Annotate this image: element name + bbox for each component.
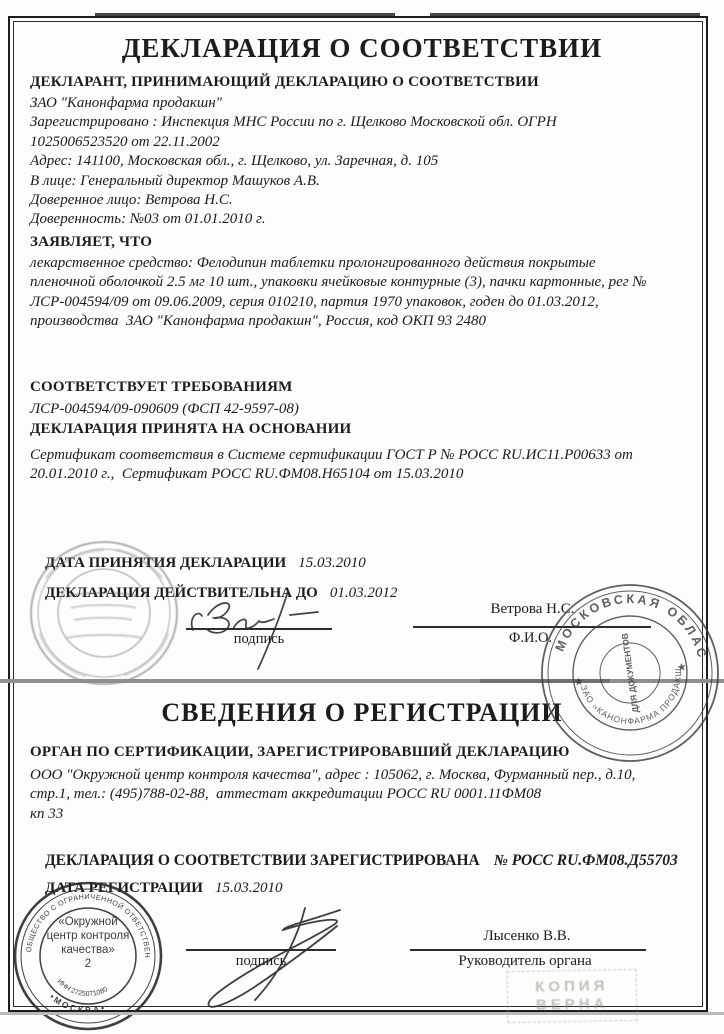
document-title: ДЕКЛАРАЦИЯ О СООТВЕТСТВИИ: [0, 33, 724, 64]
signer-line-2: [410, 949, 646, 951]
reg-date-row: ДАТА РЕГИСТРАЦИИ15.03.2010: [30, 863, 282, 914]
declarant-heading: ДЕКЛАРАНТ, ПРИНИМАЮЩИЙ ДЕКЛАРАЦИЮ О СООТ…: [30, 74, 539, 91]
section-divider-smudge: [480, 679, 610, 683]
signer-name-1: Ветрова Н.С.: [415, 601, 650, 618]
reg-date-label: ДАТА РЕГИСТРАЦИИ: [45, 880, 203, 896]
organ-text: ООО "Окружной центр контроля качества", …: [30, 766, 635, 824]
registered-number: № РОСС RU.ФМ08.Д55703: [494, 852, 678, 869]
org-stamp-center-text: «Окружной центр контроля качества» 2: [30, 915, 146, 971]
registration-title: СВЕДЕНИЯ О РЕГИСТРАЦИИ: [0, 698, 724, 728]
scan-artifact-bottom: [0, 1012, 724, 1015]
signature-caption-2: подпись: [186, 953, 336, 970]
conforms-heading: СООТВЕТСТВУЕТ ТРЕБОВАНИЯМ: [30, 379, 292, 396]
basis-text: Сертификат соответствия в Системе сертиф…: [30, 446, 633, 485]
scan-artifact-top-left: [95, 13, 395, 16]
declares-heading: ЗАЯВЛЯЕТ, ЧТО: [30, 234, 152, 251]
reg-date-value: 15.03.2010: [215, 880, 283, 896]
signer-name-2: Лысенко В.В.: [412, 928, 642, 945]
declares-text: лекарственное средство: Фелодипин таблет…: [30, 254, 647, 332]
signature-line-1: [186, 628, 332, 630]
scan-artifact-top-right: [430, 13, 700, 16]
valid-until-label: ДЕКЛАРАЦИЯ ДЕЙСТВИТЕЛЬНА ДО: [45, 585, 318, 601]
signer-line-1: [413, 626, 651, 628]
conforms-text: ЛСР-004594/09-090609 (ФСП 42-9597-08): [30, 400, 299, 419]
basis-heading: ДЕКЛАРАЦИЯ ПРИНЯТА НА ОСНОВАНИИ: [30, 421, 351, 438]
valid-until-row: ДЕКЛАРАЦИЯ ДЕЙСТВИТЕЛЬНА ДО01.03.2012: [30, 568, 397, 619]
declarant-details: ЗАО "Канонфарма продакшн" Зарегистрирова…: [30, 94, 557, 230]
signer-caption-2: Руководитель органа: [410, 953, 640, 970]
section-divider: [0, 679, 724, 683]
valid-until-value: 01.03.2012: [330, 585, 398, 601]
signature-caption-1: подпись: [186, 631, 332, 648]
signer-caption-1: Ф.И.О.: [413, 630, 648, 647]
declaration-document-page: ДЕКЛАРАЦИЯ О СООТВЕТСТВИИ ДЕКЛАРАНТ, ПРИ…: [0, 0, 724, 1034]
organ-heading: ОРГАН ПО СЕРТИФИКАЦИИ, ЗАРЕГИСТРИРОВАВШИ…: [30, 744, 570, 761]
signature-line-2: [186, 949, 336, 951]
